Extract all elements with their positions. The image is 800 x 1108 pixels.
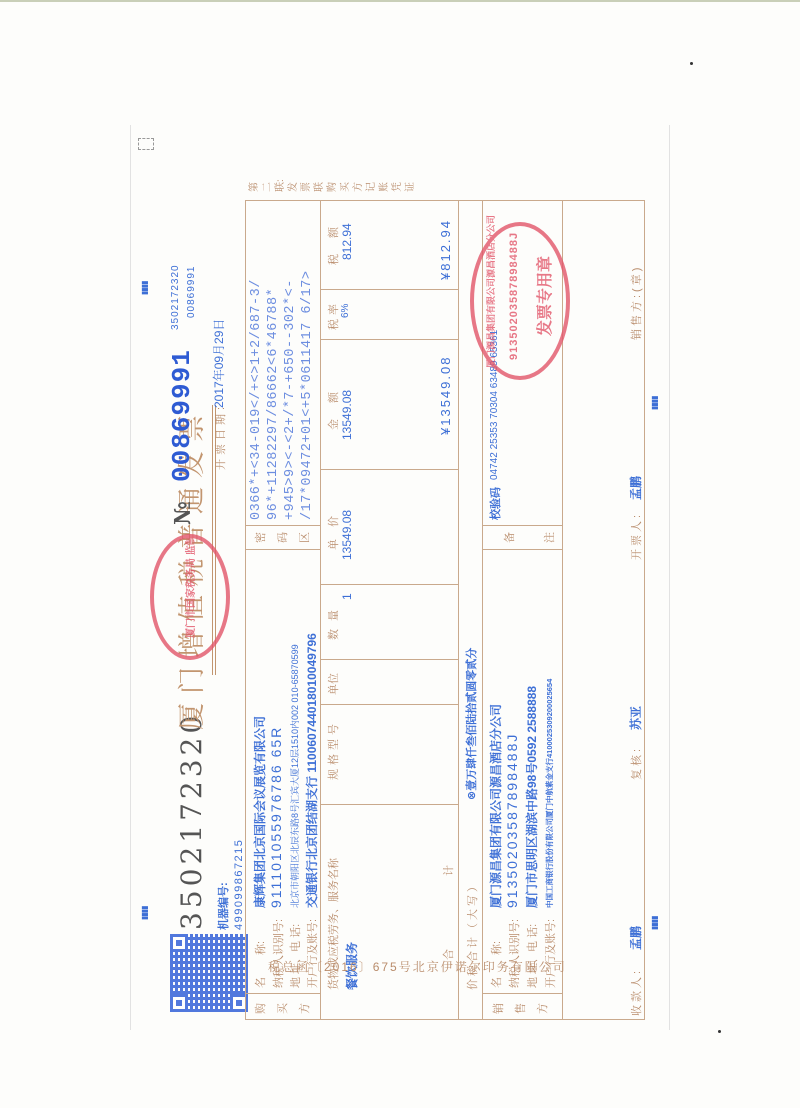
invoice-code: 3502172320	[175, 712, 208, 930]
cipher-line: 0366*+<34-019</+<>1+2/687-3/	[249, 279, 264, 520]
grid-line	[320, 289, 458, 290]
header-unit: 单位	[325, 673, 341, 695]
item-qty: 1	[340, 593, 354, 600]
remarks-label: 备注	[490, 531, 570, 543]
grid-line	[482, 993, 562, 994]
seller-invoice-stamp: 厦门源昌集团有限公司源昌酒店分公司 91350203587898488J 发票专…	[470, 222, 570, 380]
drawer-label: 开票人:	[628, 512, 644, 560]
seller-bank-label: 开户行及账号:	[542, 919, 558, 988]
seller-tax-id: 91350203587898488J	[504, 733, 520, 908]
grid-line	[245, 549, 320, 550]
invoice-number: 00869991	[167, 349, 197, 482]
buyer-section-label: 购买方	[250, 1002, 316, 1014]
item-unit-price: 13549.08	[340, 510, 354, 560]
grid-line	[320, 469, 458, 470]
cipher-line: 96*+11282297/86662<6*46788*	[266, 288, 281, 520]
number-label: №	[170, 501, 196, 525]
grid-line	[245, 525, 320, 526]
header-tax: 税额	[325, 211, 341, 265]
grid-line	[458, 200, 459, 1020]
buyer-address: 北京市朝阳区北辰东路8号汇宾大厦12层1510内002 010-65870599	[288, 644, 301, 908]
grid-line	[245, 993, 320, 994]
check-code-label: 校验码	[487, 487, 503, 520]
item-tax: 812.94	[340, 223, 354, 260]
scan-edge	[0, 0, 800, 2]
seller-address-label: 地 址、电 话:	[524, 924, 540, 988]
invoice: ▮▮▮▮ ▮▮▮▮ ▮▮▮▮ ▮▮▮▮ 3502172320 机器编号: 499…	[130, 125, 670, 1030]
drawer: 孟鹏	[627, 476, 644, 500]
print-note: 税总函〔2016〕675号北京伊诺尔印务有限公司	[268, 958, 567, 975]
seller-bank: 中国工商银行股份有限公司厦门中航紫金支行4100025309200025654	[544, 679, 555, 908]
seller-tax-id-label: 纳税人识别号:	[506, 919, 522, 988]
buyer-tax-id-label: 纳税人识别号:	[270, 919, 286, 988]
cipher-line: +945>9><-<2+/*7-+650--302*<-	[283, 279, 298, 520]
seller-name: 厦门源昌集团有限公司源昌酒店分公司	[487, 704, 504, 908]
grid-line	[320, 704, 458, 705]
issue-date-label: 开票日期:	[212, 403, 228, 470]
margin-code: ▮▮▮▮	[140, 906, 149, 920]
machine-number: 499099867215	[233, 839, 245, 930]
total-label: 合 计	[440, 855, 456, 960]
qr-code	[170, 934, 248, 1012]
grid-line	[320, 200, 321, 1020]
corner-mark	[138, 138, 154, 150]
scan-speck	[718, 1030, 721, 1033]
buyer-tax-id: 911101055976786 65R	[268, 726, 284, 908]
total-tax: ¥812.94	[438, 219, 453, 280]
grid-line	[320, 659, 458, 660]
item-tax-rate: 6%	[340, 304, 351, 318]
grand-total-words: ⊗壹万肆仟叁佰陆拾贰圆零贰分	[463, 648, 479, 800]
grid-line	[320, 804, 458, 805]
total-amount: ¥13549.08	[438, 356, 453, 435]
machine-number-label: 机器编号:	[215, 882, 231, 930]
buyer-address-label: 地 址、电 话:	[287, 924, 303, 988]
buyer-name: 康辉集团北京国际会议展览有限公司	[251, 716, 268, 908]
seller-section-label: 销售方	[488, 1002, 554, 1014]
seller-seal-label: 销售方:(章)	[628, 265, 644, 340]
buyer-name-label: 名 称:	[252, 941, 268, 988]
tax-bureau-stamp: 厦门市国家税务局 监制	[150, 534, 230, 660]
copy-note: 第二联:发票联 购买方记账凭证	[248, 178, 417, 192]
reviewer: 苏亚	[627, 706, 644, 730]
grid-line	[320, 339, 458, 340]
issue-date: 2017年09月29日	[210, 319, 227, 408]
margin-code: ▮▮▮▮	[650, 916, 659, 930]
margin-code: ▮▮▮▮	[140, 281, 149, 295]
perforation-top	[130, 125, 131, 1030]
perforation-bottom	[669, 125, 670, 1030]
header-rate: 税率	[325, 300, 341, 330]
grid-line	[320, 584, 458, 585]
scan-speck	[690, 62, 693, 65]
cipher-line: /17*09472+01<+5*0611417 6/17>	[300, 271, 315, 520]
cipher-section-label: 密码区	[250, 531, 316, 543]
header-spec: 规格型号	[325, 720, 341, 780]
item-amount: 13549.08	[340, 390, 354, 440]
seller-address: 厦门市思明区湖滨中路98号0592 2588888	[523, 686, 540, 908]
header-amount: 金额	[325, 376, 341, 430]
reviewer-label: 复核:	[628, 746, 644, 780]
buyer-bank-label: 开户行及账号:	[304, 919, 320, 988]
invoice-code-small: 3502172320	[170, 264, 181, 330]
buyer-bank: 交通银行北京团结湖支行 110060744018010049796	[303, 633, 320, 908]
grid-line	[482, 549, 562, 550]
header-price: 单价	[325, 504, 341, 550]
header-qty: 数量	[325, 602, 341, 640]
invoice-number-small: 00869991	[186, 266, 197, 319]
payee: 孟鹏	[627, 926, 644, 950]
margin-code: ▮▮▮▮	[650, 396, 659, 410]
payee-label: 收款人:	[628, 968, 644, 1016]
grid-line	[482, 525, 562, 526]
